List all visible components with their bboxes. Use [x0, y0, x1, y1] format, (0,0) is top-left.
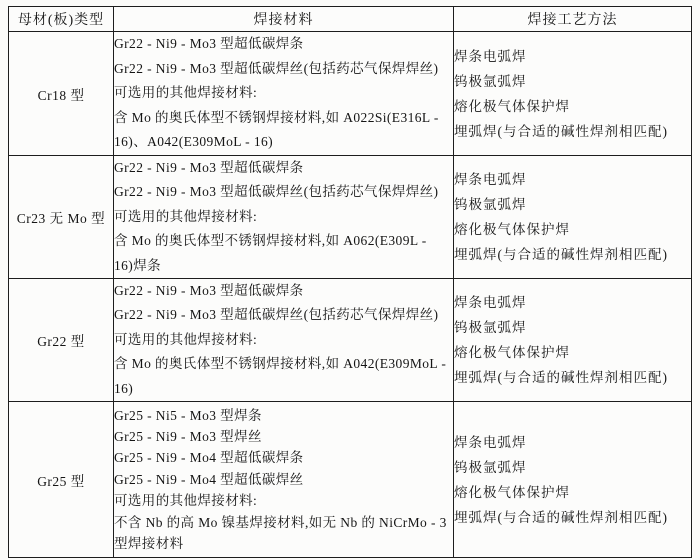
welding-methods-cell-lines: 焊条电弧焊钨极氩弧焊熔化极气体保护焊埋弧焊(与合适的碱性焊剂相匹配)	[454, 402, 691, 557]
welding-materials-cell-line: Gr25 - Ni9 - Mo3 型焊丝	[114, 426, 453, 447]
welding-materials-cell-line: Gr22 - Ni9 - Mo3 型超低碳焊条	[114, 279, 453, 303]
welding-materials-cell-lines: Gr22 - Ni9 - Mo3 型超低碳焊条Gr22 - Ni9 - Mo3 …	[114, 156, 453, 278]
welding-materials-cell-line: 可选用的其他焊接材料:	[114, 490, 453, 511]
welding-methods-cell-line: 熔化极气体保护焊	[454, 340, 691, 365]
welding-methods-cell-line: 钨极氩弧焊	[454, 455, 691, 480]
welding-materials-cell-lines: Gr22 - Ni9 - Mo3 型超低碳焊条Gr22 - Ni9 - Mo3 …	[114, 279, 453, 401]
welding-methods-cell-line: 埋弧焊(与合适的碱性焊剂相匹配)	[454, 365, 691, 390]
welding-methods-cell-line: 埋弧焊(与合适的碱性焊剂相匹配)	[454, 242, 691, 267]
welding-methods-cell: 焊条电弧焊钨极氩弧焊熔化极气体保护焊埋弧焊(与合适的碱性焊剂相匹配)	[454, 32, 692, 156]
welding-materials-cell-line: Gr22 - Ni9 - Mo3 型超低碳焊丝(包括药芯气保焊焊丝)	[114, 303, 453, 327]
welding-materials-cell-line: Gr25 - Ni5 - Mo3 型焊条	[114, 405, 453, 426]
welding-methods-cell: 焊条电弧焊钨极氩弧焊熔化极气体保护焊埋弧焊(与合适的碱性焊剂相匹配)	[454, 402, 692, 558]
welding-methods-cell-line: 埋弧焊(与合适的碱性焊剂相匹配)	[454, 505, 691, 530]
header-row: 母材(板)类型 焊接材料 焊接工艺方法	[9, 7, 692, 32]
welding-materials-cell-line: 16)	[114, 377, 453, 401]
welding-methods-cell-line: 熔化极气体保护焊	[454, 480, 691, 505]
welding-materials-cell-line: 可选用的其他焊接材料:	[114, 81, 453, 105]
welding-methods-cell-line: 焊条电弧焊	[454, 167, 691, 192]
welding-methods-cell-lines: 焊条电弧焊钨极氩弧焊熔化极气体保护焊埋弧焊(与合适的碱性焊剂相匹配)	[454, 156, 691, 278]
table-row: Gr25 型Gr25 - Ni5 - Mo3 型焊条Gr25 - Ni9 - M…	[9, 402, 692, 558]
welding-materials-cell-line: 16)焊条	[114, 254, 453, 278]
welding-materials-cell-line: Gr25 - Ni9 - Mo4 型超低碳焊丝	[114, 469, 453, 490]
base-material-type: Cr18 型	[9, 32, 114, 156]
welding-methods-cell-lines: 焊条电弧焊钨极氩弧焊熔化极气体保护焊埋弧焊(与合适的碱性焊剂相匹配)	[454, 32, 691, 155]
welding-methods-cell-line: 钨极氩弧焊	[454, 69, 691, 94]
welding-materials-cell-line: Gr22 - Ni9 - Mo3 型超低碳焊条	[114, 32, 453, 56]
welding-methods-cell-lines: 焊条电弧焊钨极氩弧焊熔化极气体保护焊埋弧焊(与合适的碱性焊剂相匹配)	[454, 279, 691, 401]
col-header-welding-material: 焊接材料	[114, 7, 454, 32]
welding-materials-cell-line: 可选用的其他焊接材料:	[114, 328, 453, 352]
welding-methods-cell: 焊条电弧焊钨极氩弧焊熔化极气体保护焊埋弧焊(与合适的碱性焊剂相匹配)	[454, 156, 692, 279]
base-material-type: Gr25 型	[9, 402, 114, 558]
welding-materials-cell: Gr22 - Ni9 - Mo3 型超低碳焊条Gr22 - Ni9 - Mo3 …	[114, 156, 454, 279]
welding-methods-cell-line: 焊条电弧焊	[454, 44, 691, 69]
col-header-welding-process-method: 焊接工艺方法	[454, 7, 692, 32]
welding-materials-cell: Gr22 - Ni9 - Mo3 型超低碳焊条Gr22 - Ni9 - Mo3 …	[114, 32, 454, 156]
welding-methods-cell-line: 埋弧焊(与合适的碱性焊剂相匹配)	[454, 119, 691, 144]
welding-materials-cell-line: 不含 Nb 的高 Mo 镍基焊接材料,如无 Nb 的 NiCrMo - 3	[114, 512, 453, 533]
welding-materials-cell-lines: Gr22 - Ni9 - Mo3 型超低碳焊条Gr22 - Ni9 - Mo3 …	[114, 32, 453, 155]
welding-materials-cell-line: 含 Mo 的奥氏体型不锈钢焊接材料,如 A062(E309L -	[114, 229, 453, 253]
welding-methods-cell-line: 熔化极气体保护焊	[454, 94, 691, 119]
welding-materials-cell-line: 16)、A042(E309MoL - 16)	[114, 130, 453, 154]
welding-methods-cell-line: 焊条电弧焊	[454, 290, 691, 315]
welding-methods-cell-line: 钨极氩弧焊	[454, 192, 691, 217]
welding-materials-cell: Gr25 - Ni5 - Mo3 型焊条Gr25 - Ni9 - Mo3 型焊丝…	[114, 402, 454, 558]
welding-materials-cell-line: Gr25 - Ni9 - Mo4 型超低碳焊条	[114, 447, 453, 468]
welding-methods-cell-line: 熔化极气体保护焊	[454, 217, 691, 242]
welding-materials-cell-lines: Gr25 - Ni5 - Mo3 型焊条Gr25 - Ni9 - Mo3 型焊丝…	[114, 402, 453, 557]
welding-methods-cell-line: 钨极氩弧焊	[454, 315, 691, 340]
table-row: Cr23 无 Mo 型Gr22 - Ni9 - Mo3 型超低碳焊条Gr22 -…	[9, 156, 692, 279]
table-body: Cr18 型Gr22 - Ni9 - Mo3 型超低碳焊条Gr22 - Ni9 …	[9, 32, 692, 558]
welding-materials-cell-line: 可选用的其他焊接材料:	[114, 205, 453, 229]
welding-materials-cell-line: Gr22 - Ni9 - Mo3 型超低碳焊丝(包括药芯气保焊焊丝)	[114, 57, 453, 81]
col-header-base-material-type: 母材(板)类型	[9, 7, 114, 32]
welding-materials-cell-line: 含 Mo 的奥氏体型不锈钢焊接材料,如 A042(E309MoL -	[114, 352, 453, 376]
scanned-document-page: 母材(板)类型 焊接材料 焊接工艺方法 Cr18 型Gr22 - Ni9 - M…	[0, 0, 700, 560]
table-row: Cr18 型Gr22 - Ni9 - Mo3 型超低碳焊条Gr22 - Ni9 …	[9, 32, 692, 156]
welding-materials-cell-line: 含 Mo 的奥氏体型不锈钢焊接材料,如 A022Si(E316L -	[114, 106, 453, 130]
welding-materials-cell-line: Gr22 - Ni9 - Mo3 型超低碳焊丝(包括药芯气保焊焊丝)	[114, 180, 453, 204]
welding-materials-cell-line: Gr22 - Ni9 - Mo3 型超低碳焊条	[114, 156, 453, 180]
welding-materials-cell: Gr22 - Ni9 - Mo3 型超低碳焊条Gr22 - Ni9 - Mo3 …	[114, 279, 454, 402]
base-material-type: Cr23 无 Mo 型	[9, 156, 114, 279]
table-row: Gr22 型Gr22 - Ni9 - Mo3 型超低碳焊条Gr22 - Ni9 …	[9, 279, 692, 402]
welding-methods-cell: 焊条电弧焊钨极氩弧焊熔化极气体保护焊埋弧焊(与合适的碱性焊剂相匹配)	[454, 279, 692, 402]
welding-materials-table: 母材(板)类型 焊接材料 焊接工艺方法 Cr18 型Gr22 - Ni9 - M…	[8, 6, 692, 558]
base-material-type: Gr22 型	[9, 279, 114, 402]
welding-methods-cell-line: 焊条电弧焊	[454, 430, 691, 455]
welding-materials-cell-line: 型焊接材料	[114, 533, 453, 554]
